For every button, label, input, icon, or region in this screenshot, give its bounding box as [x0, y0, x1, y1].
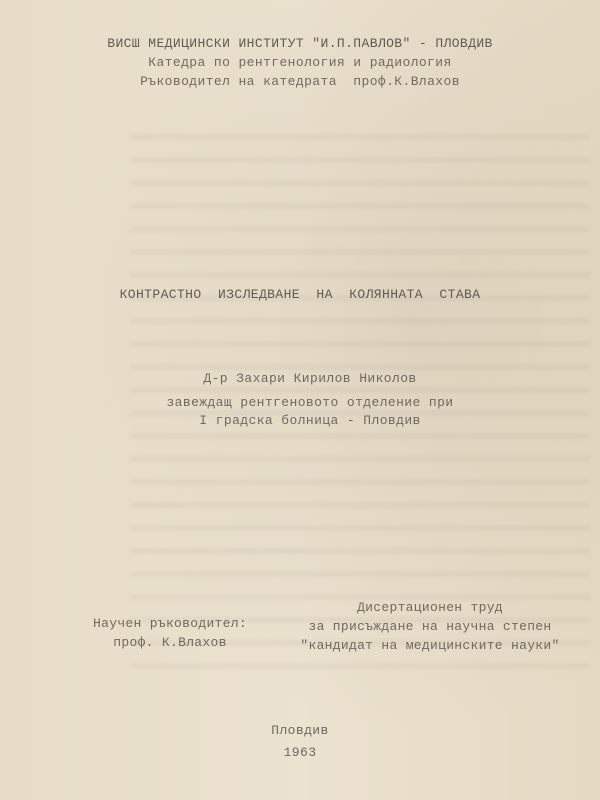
- document-title: КОНТРАСТНО ИЗСЛЕДВАНЕ НА КОЛЯННАТА СТАВА: [0, 287, 600, 302]
- footer-city: Пловдив: [0, 723, 600, 738]
- department-name: Катедра по рентгенология и радиология: [0, 55, 600, 70]
- author-name: Д-р Захари Кирилов Николов: [10, 371, 600, 386]
- supervisor-name: проф. К.Влахов: [70, 633, 270, 652]
- institution-name: ВИСШ МЕДИЦИНСКИ ИНСТИТУТ "И.П.ПАВЛОВ" - …: [0, 36, 600, 51]
- dissertation-line-3: "кандидат на медицинските науки": [280, 636, 580, 655]
- author-position: завеждащ рентгеновото отделение при: [10, 395, 600, 410]
- dissertation-block: Дисертационен труд за присъждане на науч…: [280, 598, 580, 655]
- author-hospital: I градска болница - Пловдив: [10, 413, 600, 428]
- dissertation-line-1: Дисертационен труд: [280, 598, 580, 617]
- dissertation-line-2: за присъждане на научна степен: [280, 617, 580, 636]
- department-head: Ръководител на катедрата проф.К.Влахов: [0, 74, 600, 89]
- supervisor-label: Научен ръководител:: [70, 614, 270, 633]
- document-page: ВИСШ МЕДИЦИНСКИ ИНСТИТУТ "И.П.ПАВЛОВ" - …: [0, 0, 600, 800]
- supervisor-block: Научен ръководител: проф. К.Влахов: [70, 614, 270, 652]
- footer-year: 1963: [0, 745, 600, 760]
